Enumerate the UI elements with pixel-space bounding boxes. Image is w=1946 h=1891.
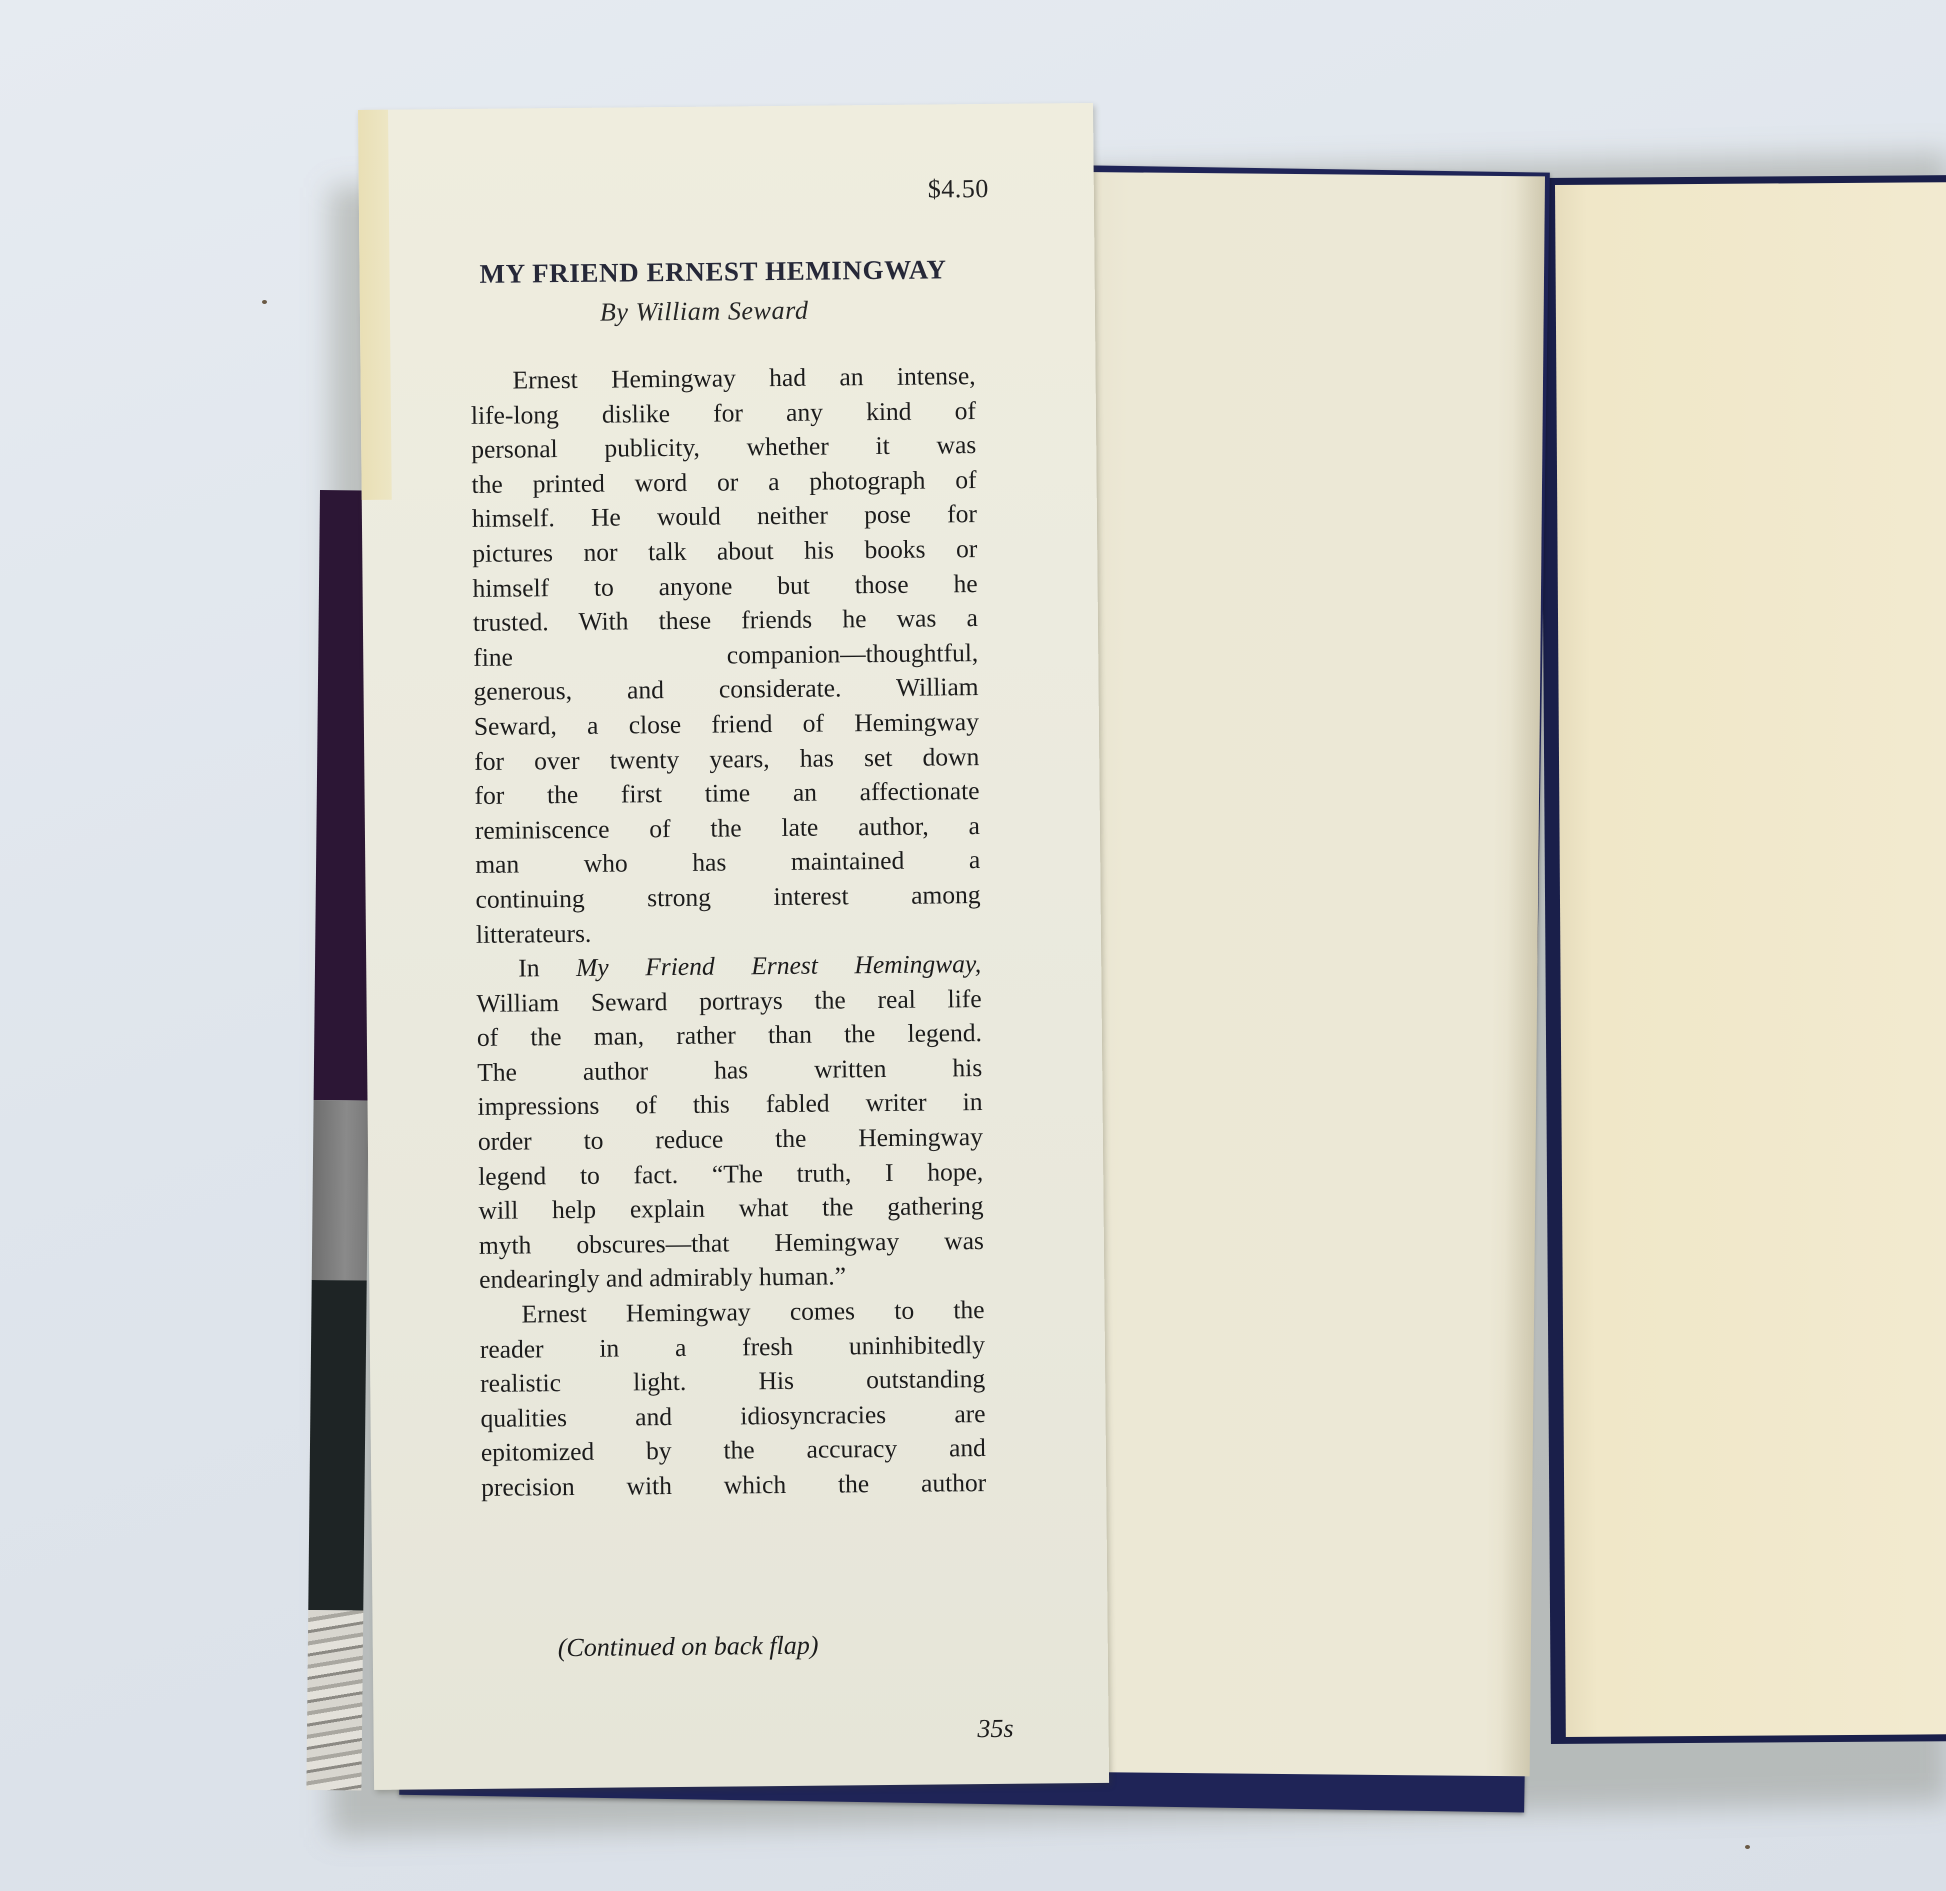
blurb-line: reader in a fresh uninhibitedly: [480, 1328, 985, 1367]
blurb-line: In My Friend Ernest Hemingway,: [476, 947, 981, 986]
dust-jacket-flap: $4.50 MY FRIEND ERNEST HEMINGWAY By Will…: [358, 103, 1109, 1790]
free-endpaper: [1070, 172, 1545, 1776]
blurb-line: precision with which the author: [481, 1466, 986, 1505]
book-title-italic: My Friend Ernest Hemingway,: [576, 949, 981, 982]
blurb-line: of the man, rather than the legend.: [477, 1016, 982, 1055]
blurb-line: Ernest Hemingway had an intense,: [470, 359, 975, 398]
blurb-line: endearingly and admirably human.”: [479, 1258, 984, 1297]
continued-note: (Continued on back flap): [558, 1631, 819, 1664]
right-page: [1555, 182, 1946, 1737]
blurb-line: order to reduce the Hemingway: [478, 1120, 983, 1159]
blurb-line: litterateurs.: [476, 913, 981, 952]
blurb-line: fine companion—thoughtful,: [473, 636, 978, 675]
blurb-line: man who has maintained a: [475, 843, 980, 882]
blurb-line: William Seward portrays the real life: [476, 982, 981, 1021]
book-title: MY FRIEND ERNEST HEMINGWAY: [479, 254, 946, 289]
blurb-line: life-long dislike for any kind of: [471, 394, 976, 433]
blurb-line: reminiscence of the late author, a: [475, 809, 980, 848]
blurb-line: epitomized by the accuracy and: [481, 1431, 986, 1470]
price-label: $4.50: [928, 174, 989, 205]
blurb-line: personal publicity, whether it was: [471, 428, 976, 467]
blurb-line: himself to anyone but those he: [472, 567, 977, 606]
blurb-paragraph-1: Ernest Hemingway had an intense,life-lon…: [470, 359, 981, 952]
spine-band-dark: [308, 1280, 366, 1611]
table-speck: [1745, 1845, 1750, 1849]
blurb-text: Ernest Hemingway had an intense,life-lon…: [470, 359, 986, 1505]
blurb-line: The author has written his: [477, 1051, 982, 1090]
blurb-line: will help explain what the gathering: [478, 1189, 983, 1228]
blurb-line: generous, and considerate. William: [473, 670, 978, 709]
blurb-line: the printed word or a photograph of: [471, 463, 976, 502]
blurb-line: continuing strong interest among: [475, 878, 980, 917]
blurb-line: qualities and idiosyncracies are: [480, 1397, 985, 1436]
spine-band-grey: [312, 1100, 369, 1281]
blurb-line: realistic light. His outstanding: [480, 1362, 985, 1401]
blurb-line: himself. He would neither pose for: [472, 497, 977, 536]
author-byline: By William Seward: [600, 296, 809, 328]
blurb-line: Seward, a close friend of Hemingway: [474, 705, 979, 744]
uk-price-label: 35s: [977, 1714, 1013, 1744]
blurb-line: trusted. With these friends he was a: [473, 601, 978, 640]
spine-band-photo: [306, 1610, 363, 1791]
blurb-paragraph-3: Ernest Hemingway comes to thereader in a…: [479, 1293, 986, 1505]
blurb-line: Ernest Hemingway comes to the: [479, 1293, 984, 1332]
blurb-line: legend to fact. “The truth, I hope,: [478, 1155, 983, 1194]
blurb-paragraph-2: In My Friend Ernest Hemingway,William Se…: [476, 947, 984, 1298]
blurb-line: pictures nor talk about his books or: [472, 532, 977, 571]
blurb-line: for over twenty years, has set down: [474, 740, 979, 779]
blurb-line: impressions of this fabled writer in: [477, 1086, 982, 1125]
blurb-line: myth obscures—that Hemingway was: [479, 1224, 984, 1263]
table-speck: [262, 300, 267, 304]
photo-scene: $4.50 MY FRIEND ERNEST HEMINGWAY By Will…: [0, 0, 1946, 1891]
blurb-line: for the first time an affectionate: [474, 774, 979, 813]
